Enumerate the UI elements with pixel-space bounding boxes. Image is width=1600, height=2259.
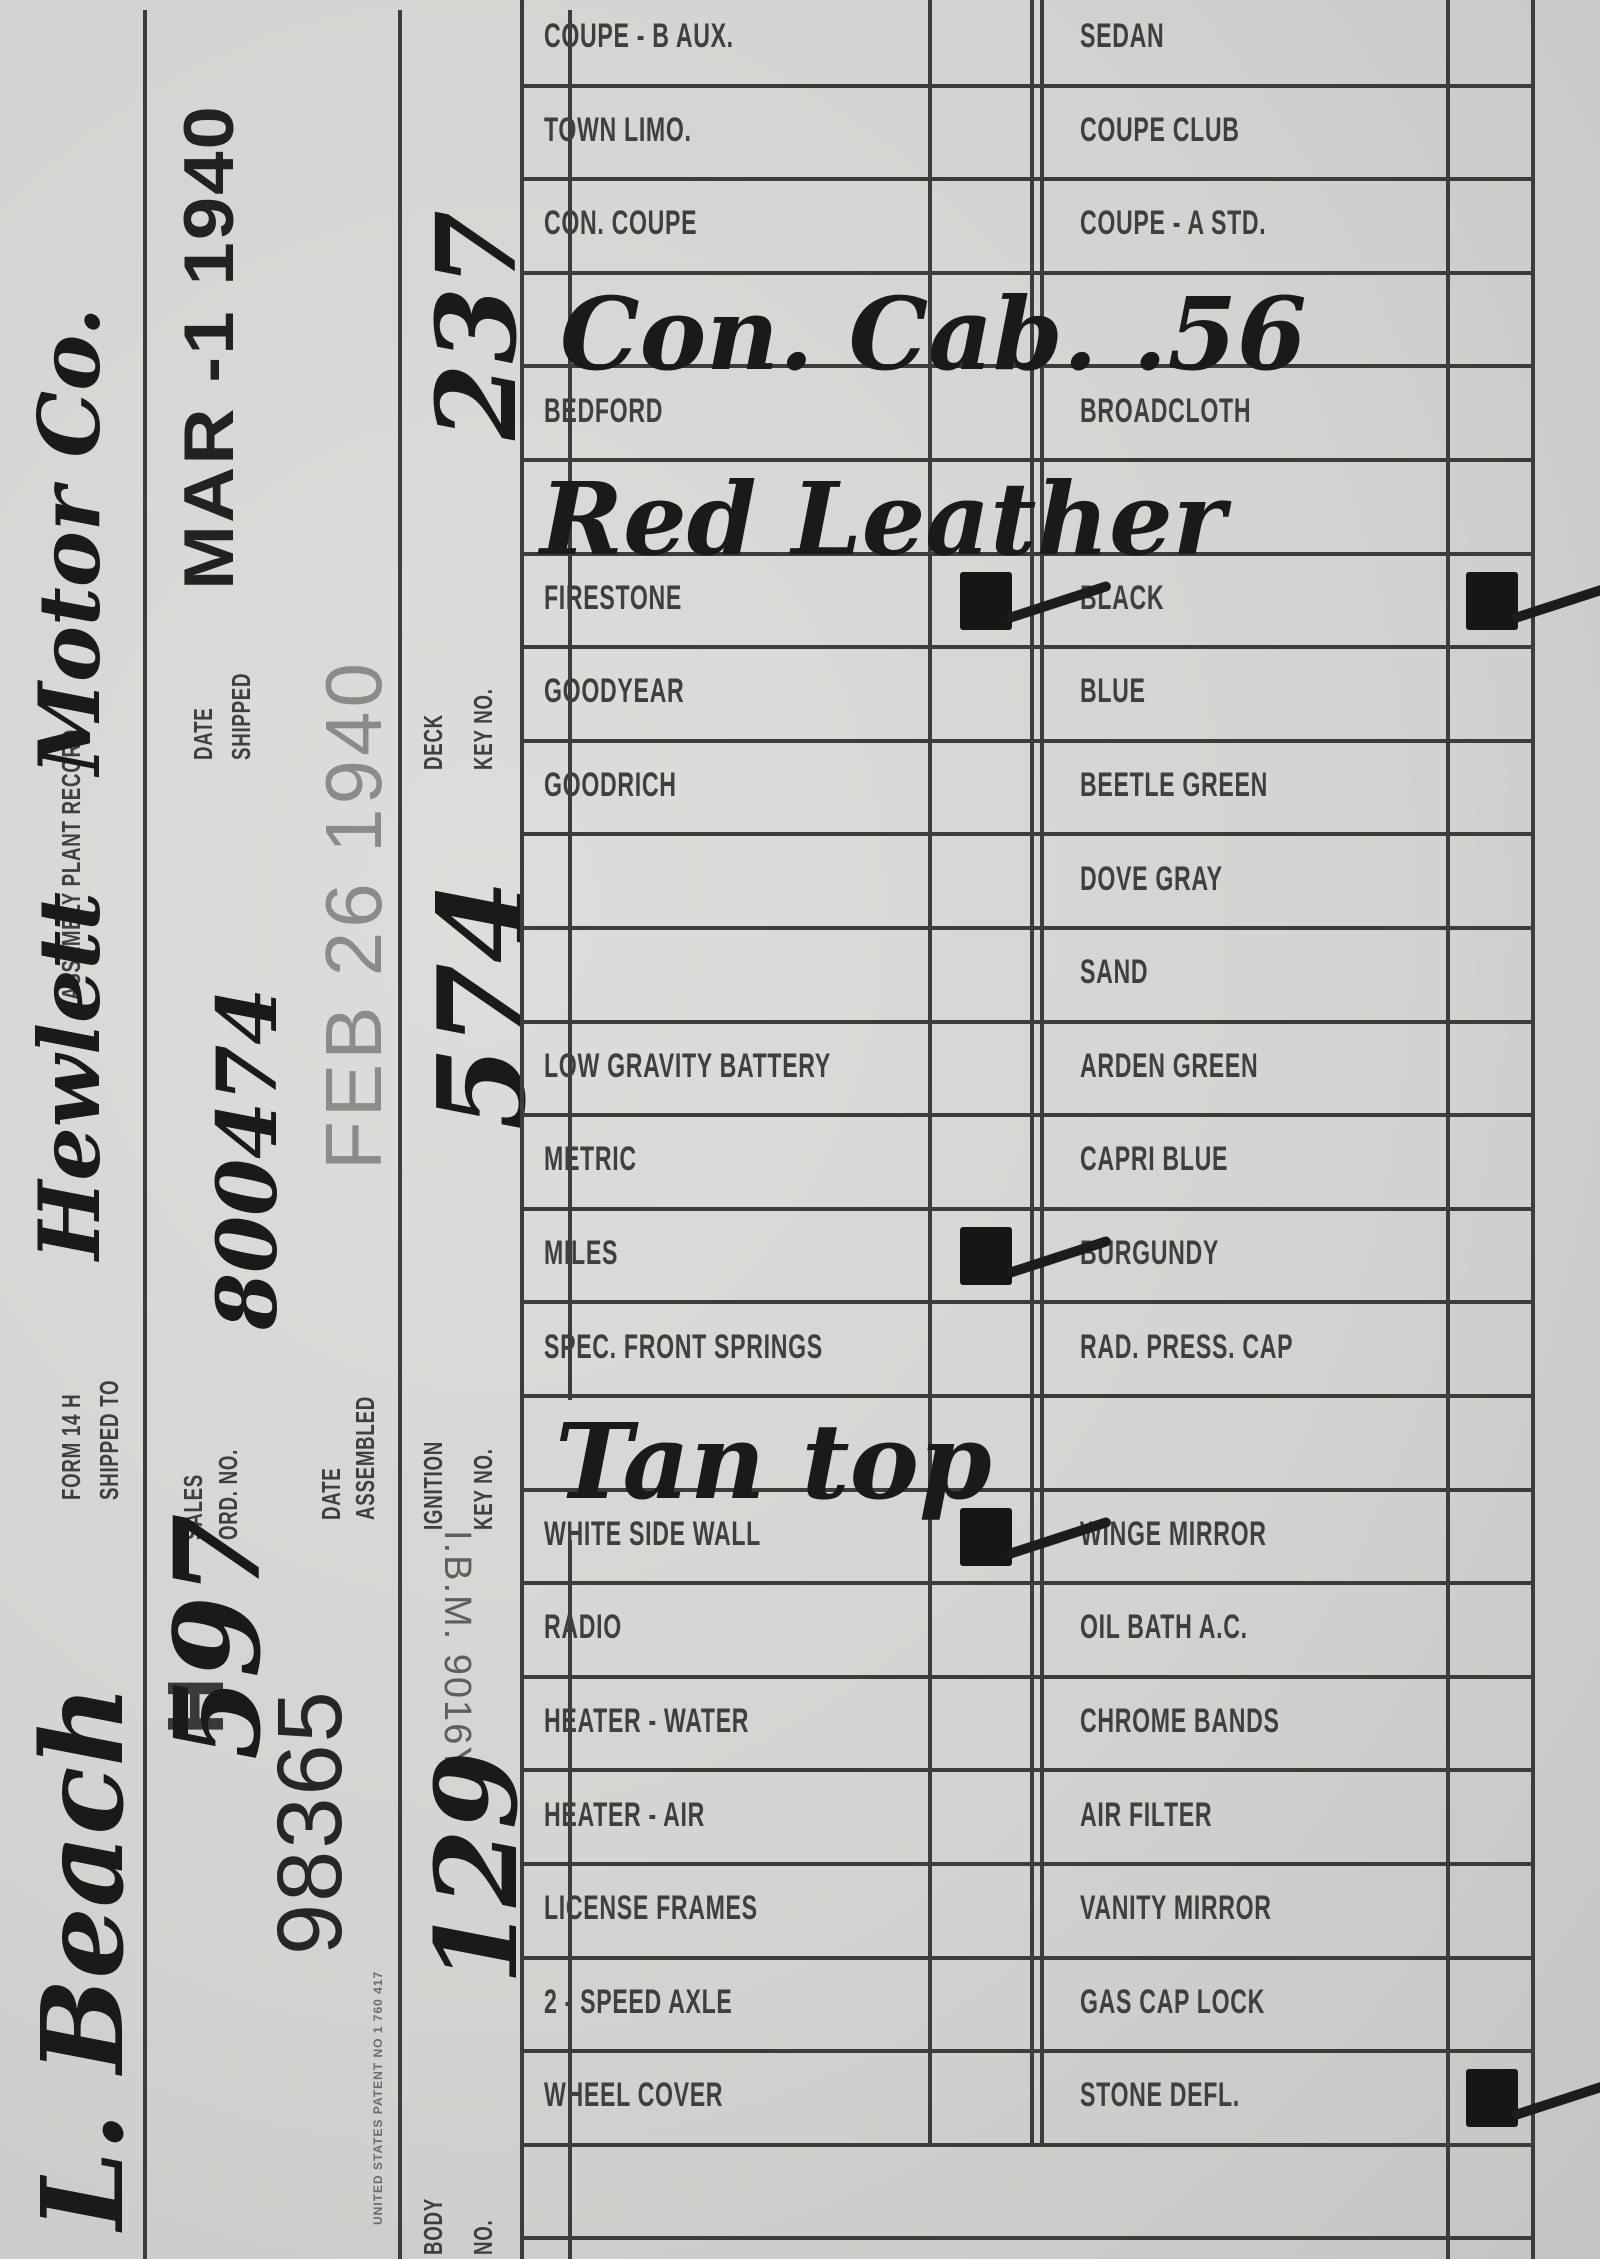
option-right[interactable]: STONE DEFL.	[1080, 2049, 1440, 2143]
option-label: BEDFORD	[544, 392, 663, 431]
deck-key-label-2: KEY NO.	[470, 657, 497, 770]
option-left[interactable]: WHEEL COVER	[544, 2049, 924, 2143]
option-right[interactable]: GAS CAP LOCK	[1080, 1956, 1440, 2050]
option-label: SAND	[1080, 953, 1148, 992]
option-right[interactable]: BLUE	[1080, 645, 1440, 739]
option-label: HEATER - WATER	[544, 1702, 749, 1741]
option-left[interactable]: CON. COUPE	[544, 177, 924, 271]
option-label: SPEC. FRONT SPRINGS	[544, 1328, 823, 1367]
option-right[interactable]: WINGE MIRROR	[1080, 1488, 1440, 1582]
option-label: MILES	[544, 1234, 618, 1273]
table-border-right	[1531, 0, 1535, 2259]
note-upholstery: Red Leather	[540, 460, 1225, 578]
table-border-left	[520, 0, 524, 2259]
option-label: COUPE - A STD.	[1080, 204, 1266, 243]
option-left[interactable]: RADIO	[544, 1581, 924, 1675]
option-right[interactable]: VANITY MIRROR	[1080, 1862, 1440, 1956]
option-label: GOODRICH	[544, 766, 677, 805]
option-left[interactable]: 2 - SPEED AXLE	[544, 1956, 924, 2050]
check-stroke	[1510, 580, 1600, 624]
option-label: 2 - SPEED AXLE	[544, 1983, 733, 2022]
option-label: HEATER - AIR	[544, 1796, 705, 1835]
table-row-rule	[520, 1394, 1535, 1398]
date-shipped-value: MAR -1 1940	[168, 104, 250, 590]
signature: L. Beach	[18, 1685, 149, 2230]
option-label: COUPE - B AUX.	[544, 17, 734, 56]
option-label: LOW GRAVITY BATTERY	[544, 1047, 831, 1086]
option-label: CAPRI BLUE	[1080, 1140, 1228, 1179]
option-label: ARDEN GREEN	[1080, 1047, 1258, 1086]
option-label: METRIC	[544, 1140, 637, 1179]
option-label: FIRESTONE	[544, 579, 682, 618]
shipped-to-label: SHIPPED TO	[96, 1333, 123, 1500]
option-label: CON. COUPE	[544, 204, 697, 243]
date-shipped-label: DATE	[190, 687, 217, 760]
option-right[interactable]: BEETLE GREEN	[1080, 739, 1440, 833]
checkbox-left-checked[interactable]	[960, 1227, 1012, 1285]
date-assembled-value: FEB 26 1940	[308, 659, 400, 1170]
ignition-key-label: IGNITION	[420, 1406, 447, 1530]
option-label: GAS CAP LOCK	[1080, 1983, 1265, 2022]
body-no-label-2: NO.	[470, 2206, 497, 2255]
option-label: BROADCLOTH	[1080, 392, 1251, 431]
note-body-type: Con. Cab. .56	[560, 275, 1307, 393]
checkbox-left-checked[interactable]	[960, 572, 1012, 630]
option-left[interactable]: GOODYEAR	[544, 645, 924, 739]
option-right[interactable]: COUPE CLUB	[1080, 84, 1440, 178]
option-left[interactable]: LICENSE FRAMES	[544, 1862, 924, 1956]
table-row-rule	[520, 2236, 1535, 2240]
option-label: GOODYEAR	[544, 672, 684, 711]
option-label: WHEEL COVER	[544, 2076, 723, 2115]
option-left[interactable]: HEATER - AIR	[544, 1768, 924, 1862]
option-label: COUPE CLUB	[1080, 111, 1240, 150]
option-label: LICENSE FRAMES	[544, 1889, 758, 1928]
option-left[interactable]: HEATER - WATER	[544, 1675, 924, 1769]
date-assembled-label: DATE	[318, 1447, 345, 1520]
option-left[interactable]: METRIC	[544, 1113, 924, 1207]
option-label: OIL BATH A.C.	[1080, 1608, 1248, 1647]
option-right[interactable]: COUPE - A STD.	[1080, 177, 1440, 271]
option-left[interactable]: SPEC. FRONT SPRINGS	[544, 1300, 924, 1394]
option-left[interactable]: COUPE - B AUX.	[544, 0, 924, 84]
form-number-label: FORM 14 H	[58, 1352, 85, 1500]
checkbox-right-checked[interactable]	[1466, 572, 1518, 630]
shipped-to-value: Hewlett Motor Co.	[20, 307, 119, 1260]
option-label: RADIO	[544, 1608, 622, 1647]
deck-key-label: DECK	[420, 692, 447, 770]
table-divider-check	[1446, 0, 1450, 2259]
option-label: CHROME BANDS	[1080, 1702, 1280, 1741]
option-left[interactable]: MILES	[544, 1207, 924, 1301]
ibm-number: I.B.M. 9016Y	[435, 1530, 478, 1774]
option-left[interactable]: LOW GRAVITY BATTERY	[544, 1020, 924, 1114]
option-right[interactable]: AIR FILTER	[1080, 1768, 1440, 1862]
option-label: SEDAN	[1080, 17, 1164, 56]
option-left[interactable]: GOODRICH	[544, 739, 924, 833]
option-right[interactable]: DOVE GRAY	[1080, 832, 1440, 926]
sales-ord-value: 800474	[200, 988, 296, 1330]
table-row-rule	[520, 2143, 1535, 2147]
option-right[interactable]: BURGUNDY	[1080, 1207, 1440, 1301]
body-no-label: BODY	[420, 2176, 447, 2255]
option-label: BEETLE GREEN	[1080, 766, 1268, 805]
option-right[interactable]: ARDEN GREEN	[1080, 1020, 1440, 1114]
option-right[interactable]: CAPRI BLUE	[1080, 1113, 1440, 1207]
patent-text: UNITED STATES PATENT NO 1 760 417	[372, 1971, 384, 2225]
option-label: TOWN LIMO.	[544, 111, 692, 150]
option-label: DOVE GRAY	[1080, 860, 1223, 899]
date-assembled-label-2: ASSEMBLED	[352, 1348, 379, 1520]
handwritten-597: 597	[148, 1514, 287, 1760]
option-left[interactable]: TOWN LIMO.	[544, 84, 924, 178]
option-label: RAD. PRESS. CAP	[1080, 1328, 1293, 1367]
option-right[interactable]: SEDAN	[1080, 0, 1440, 84]
option-label: BLUE	[1080, 672, 1146, 711]
option-label: STONE DEFL.	[1080, 2076, 1240, 2115]
option-label: VANITY MIRROR	[1080, 1889, 1272, 1928]
note-top: Tan top	[555, 1400, 992, 1523]
date-shipped-label-2: SHIPPED	[228, 639, 255, 760]
option-label: AIR FILTER	[1080, 1796, 1212, 1835]
option-right[interactable]: RAD. PRESS. CAP	[1080, 1300, 1440, 1394]
checkbox-right-checked[interactable]	[1466, 2069, 1518, 2127]
option-right[interactable]: CHROME BANDS	[1080, 1675, 1440, 1769]
option-right[interactable]: SAND	[1080, 926, 1440, 1020]
option-right[interactable]: OIL BATH A.C.	[1080, 1581, 1440, 1675]
ignition-key-label-2: KEY NO.	[470, 1417, 497, 1530]
record-card: ASSEMBLY PLANT RECORD FORM 14 H SHIPPED …	[0, 0, 1600, 2259]
check-stroke	[1510, 2077, 1600, 2121]
